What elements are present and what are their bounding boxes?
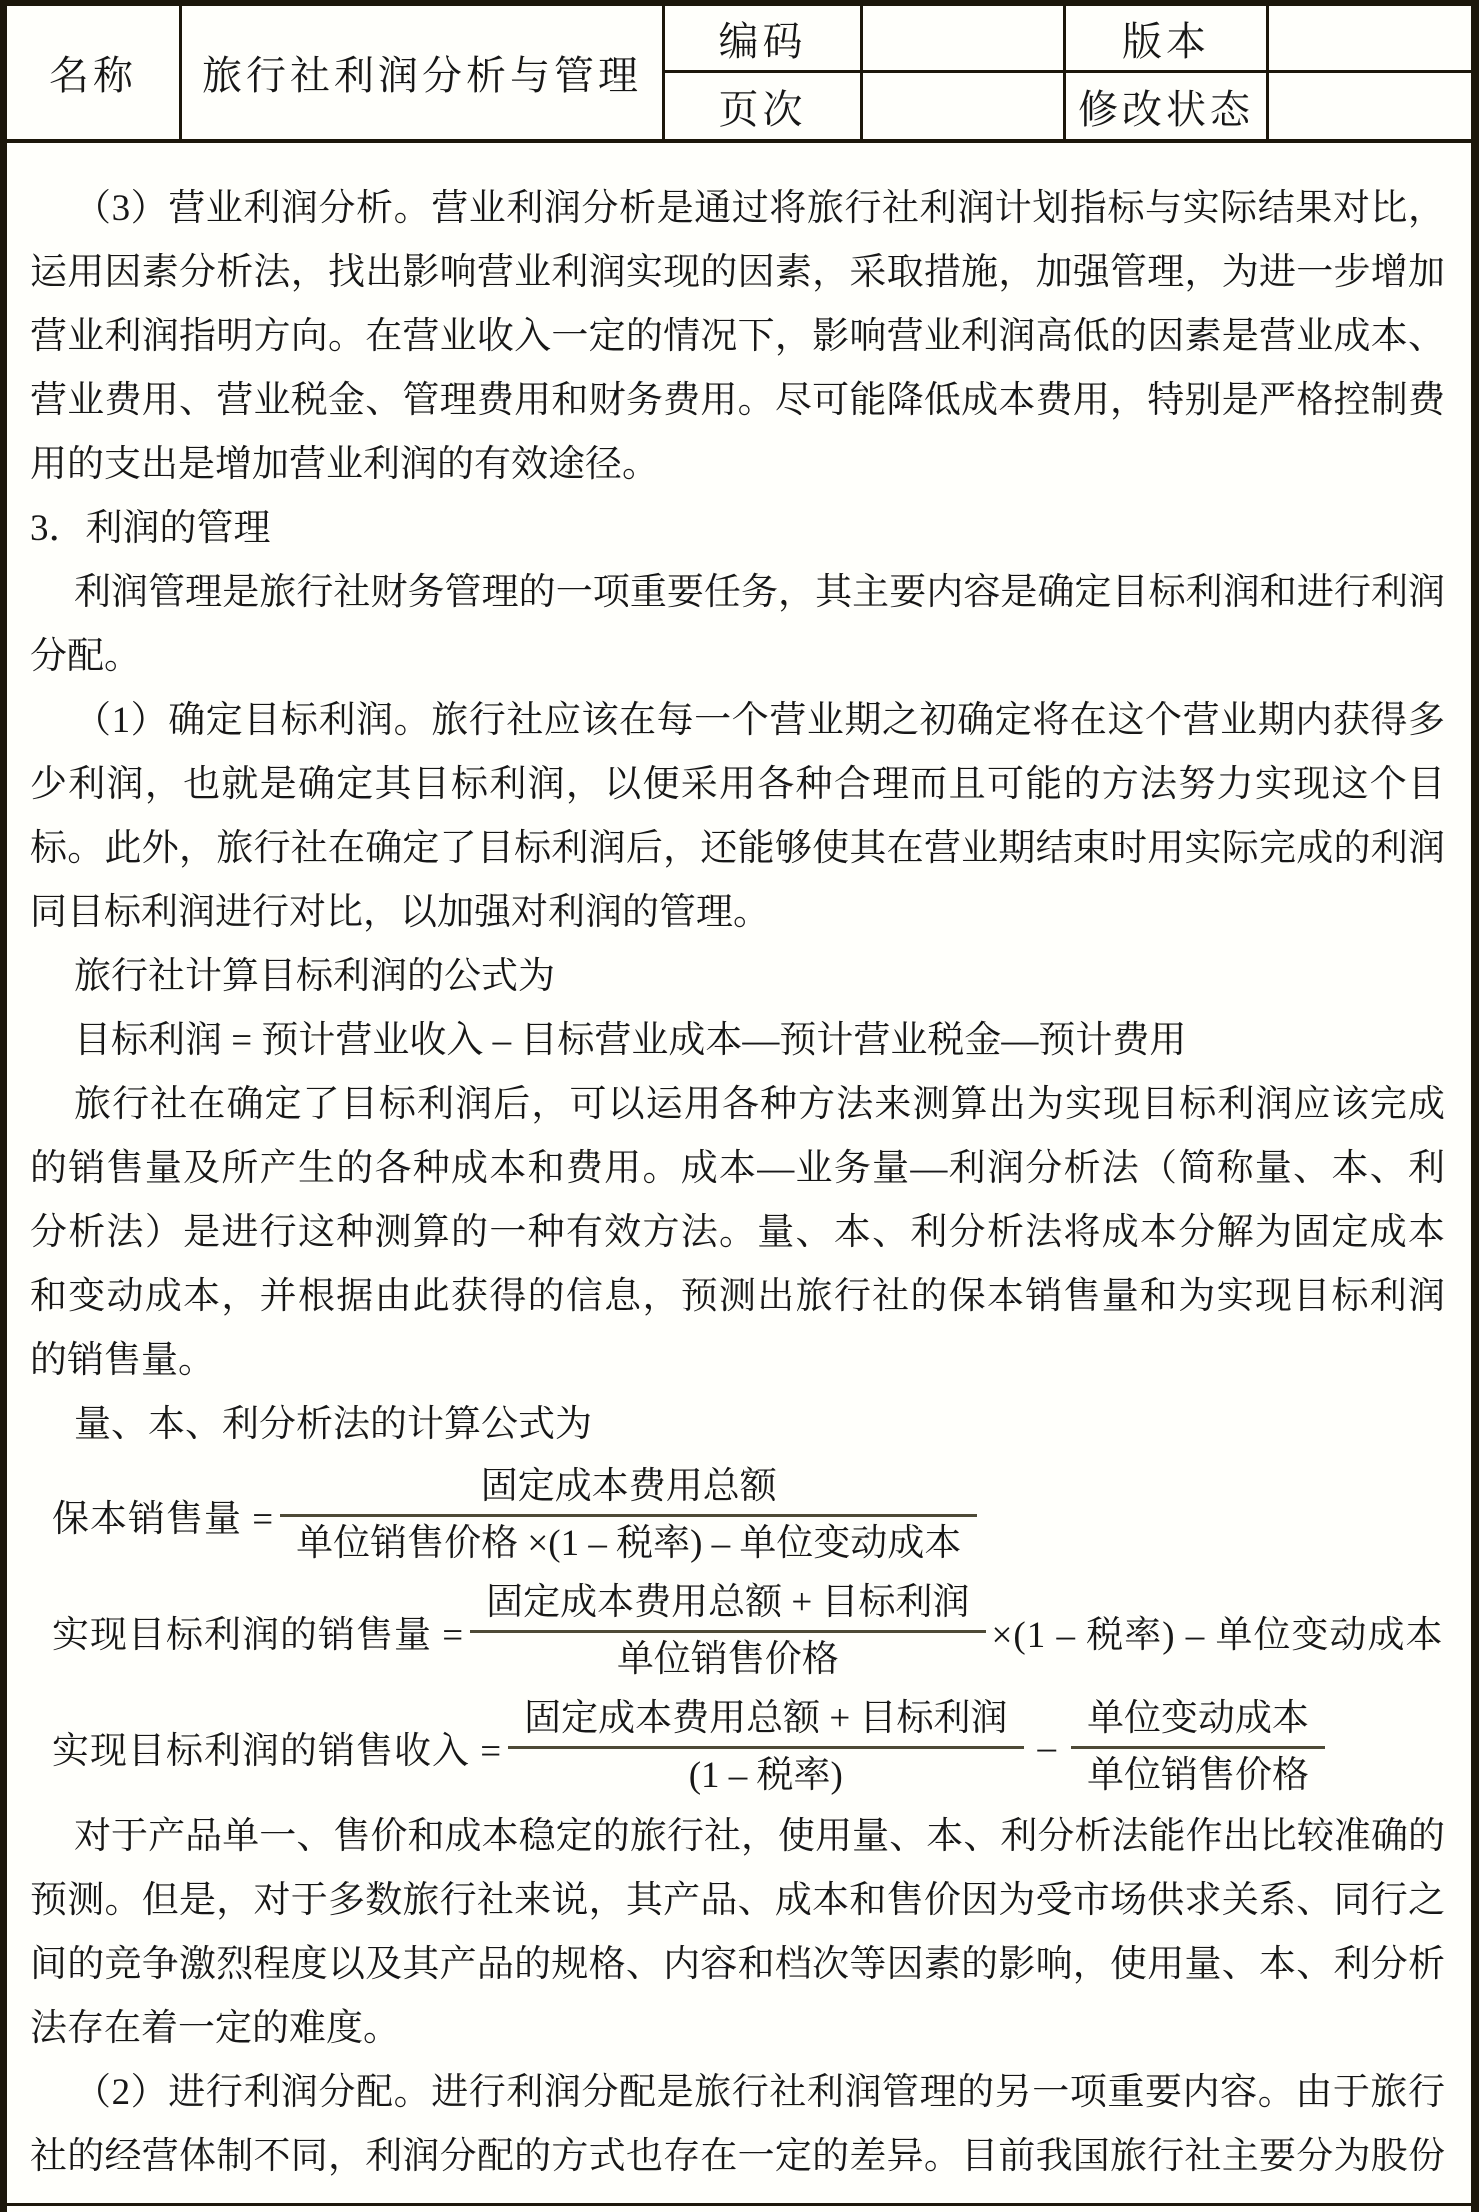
header-revision-label: 修改状态 xyxy=(1063,70,1266,139)
body-line: 旅行社在确定了目标利润后，可以运用各种方法来测算出为实现目标利润应该完成 xyxy=(30,1073,1445,1137)
fraction: 单位变动成本 单位销售价格 xyxy=(1071,1695,1325,1800)
body-line: （1）确定目标利润。旅行社应该在每一个营业期之初确定将在这个营业期内获得多 xyxy=(30,689,1445,753)
body-line: 运用因素分析法，找出影响营业利润实现的因素，采取措施，加强管理，为进一步增加 xyxy=(30,241,1445,305)
body-line: 间的竞争激烈程度以及其产品的规格、内容和档次等因素的影响，使用量、本、利分析 xyxy=(30,1933,1445,1997)
header-table: 名称 旅行社利润分析与管理 编码 版本 页次 修改状态 xyxy=(7,6,1471,143)
formula-lhs: 实现目标利润的销售收入 = xyxy=(52,1720,502,1774)
fraction-denominator: (1 – 税率) xyxy=(508,1752,1023,1800)
fraction-bar xyxy=(1071,1746,1325,1749)
body-line: 的销售量及所产生的各种成本和费用。成本—业务量—利润分析法（简称量、本、利 xyxy=(30,1137,1445,1201)
body-line: 社的经营体制不同，利润分配的方式也存在一定的差异。目前我国旅行社主要分为股份 xyxy=(30,2125,1445,2189)
formula-suffix: ×(1 – 税率) – 单位变动成本 xyxy=(992,1604,1444,1658)
body-line: 法存在着一定的难度。 xyxy=(30,1997,1445,2061)
section-heading: 3．利润的管理 xyxy=(30,497,1445,561)
formula-break-even-volume: 保本销售量 = 固定成本费用总额 单位销售价格 ×(1 – 税率) – 单位变动… xyxy=(30,1457,1445,1573)
body-line: 同目标利润进行对比，以加强对利润的管理。 xyxy=(30,881,1445,945)
document-page: 名称 旅行社利润分析与管理 编码 版本 页次 修改状态 （3）营业利润分析。营业… xyxy=(0,0,1479,2212)
formula-lhs: 保本销售量 = xyxy=(52,1488,274,1542)
body-line: 少利润，也就是确定其目标利润，以便采用各种合理而且可能的方法努力实现这个目 xyxy=(30,753,1445,817)
body-line: 用的支出是增加营业利润的有效途径。 xyxy=(30,433,1445,497)
document-body: （3）营业利润分析。营业利润分析是通过将旅行社利润计划指标与实际结果对比， 运用… xyxy=(7,143,1471,2189)
fraction-numerator: 固定成本费用总额 + 目标利润 xyxy=(470,1579,985,1627)
fraction-denominator: 单位销售价格 ×(1 – 税率) – 单位变动成本 xyxy=(280,1520,977,1568)
body-line: 旅行社计算目标利润的公式为 xyxy=(30,945,1445,1009)
body-line: 对于产品单一、售价和成本稳定的旅行社，使用量、本、利分析法能作出比较准确的 xyxy=(30,1805,1445,1869)
body-line: 量、本、利分析法的计算公式为 xyxy=(30,1393,1445,1457)
fraction-numerator: 固定成本费用总额 + 目标利润 xyxy=(508,1695,1023,1743)
header-name-label: 名称 xyxy=(7,6,179,139)
body-line: 和变动成本，并根据由此获得的信息，预测出旅行社的保本销售量和为实现目标利润 xyxy=(30,1265,1445,1329)
fraction-bar xyxy=(508,1746,1023,1749)
fraction-numerator: 固定成本费用总额 xyxy=(280,1463,977,1511)
header-version-label: 版本 xyxy=(1063,6,1266,70)
body-line: 分配。 xyxy=(30,625,1445,689)
body-line: 标。此外，旅行社在确定了目标利润后，还能够使其在营业期结束时用实际完成的利润 xyxy=(30,817,1445,881)
header-revision-value xyxy=(1266,70,1471,139)
formula-lhs: 实现目标利润的销售量 = xyxy=(52,1604,464,1658)
body-line: 营业费用、营业税金、管理费用和财务费用。尽可能降低成本费用，特别是严格控制费 xyxy=(30,369,1445,433)
header-page-value xyxy=(860,70,1063,139)
body-line: （2）进行利润分配。进行利润分配是旅行社利润管理的另一项重要内容。由于旅行 xyxy=(30,2061,1445,2125)
fraction-bar xyxy=(280,1514,977,1517)
document-title: 旅行社利润分析与管理 xyxy=(179,6,662,139)
fraction-denominator: 单位销售价格 xyxy=(470,1636,985,1684)
page-bottom-rule xyxy=(7,2203,1471,2206)
body-line: 预测。但是，对于多数旅行社来说，其产品、成本和售价因为受市场供求关系、同行之 xyxy=(30,1869,1445,1933)
body-line: 的销售量。 xyxy=(30,1329,1445,1393)
fraction-denominator: 单位销售价格 xyxy=(1071,1752,1325,1800)
fraction: 固定成本费用总额 + 目标利润 单位销售价格 xyxy=(470,1579,985,1684)
header-code-value xyxy=(860,6,1063,70)
fraction-bar xyxy=(470,1630,985,1633)
fraction-numerator: 单位变动成本 xyxy=(1071,1695,1325,1743)
fraction: 固定成本费用总额 + 目标利润 (1 – 税率) xyxy=(508,1695,1023,1800)
body-line: 分析法）是进行这种测算的一种有效方法。量、本、利分析法将成本分解为固定成本 xyxy=(30,1201,1445,1265)
fraction: 固定成本费用总额 单位销售价格 ×(1 – 税率) – 单位变动成本 xyxy=(280,1463,977,1568)
body-line: 利润管理是旅行社财务管理的一项重要任务，其主要内容是确定目标利润和进行利润 xyxy=(30,561,1445,625)
header-code-label: 编码 xyxy=(662,6,860,70)
header-version-value xyxy=(1266,6,1471,70)
inline-formula-line: 目标利润 = 预计营业收入 – 目标营业成本—预计营业税金—预计费用 xyxy=(30,1009,1445,1073)
formula-target-profit-revenue: 实现目标利润的销售收入 = 固定成本费用总额 + 目标利润 (1 – 税率) –… xyxy=(30,1689,1445,1805)
body-line: 营业利润指明方向。在营业收入一定的情况下，影响营业利润高低的因素是营业成本、 xyxy=(30,305,1445,369)
formula-target-profit-volume: 实现目标利润的销售量 = 固定成本费用总额 + 目标利润 单位销售价格 ×(1 … xyxy=(30,1573,1445,1689)
body-line: （3）营业利润分析。营业利润分析是通过将旅行社利润计划指标与实际结果对比， xyxy=(30,177,1445,241)
header-page-label: 页次 xyxy=(662,70,860,139)
formula-minus-operator: – xyxy=(1038,1726,1058,1769)
